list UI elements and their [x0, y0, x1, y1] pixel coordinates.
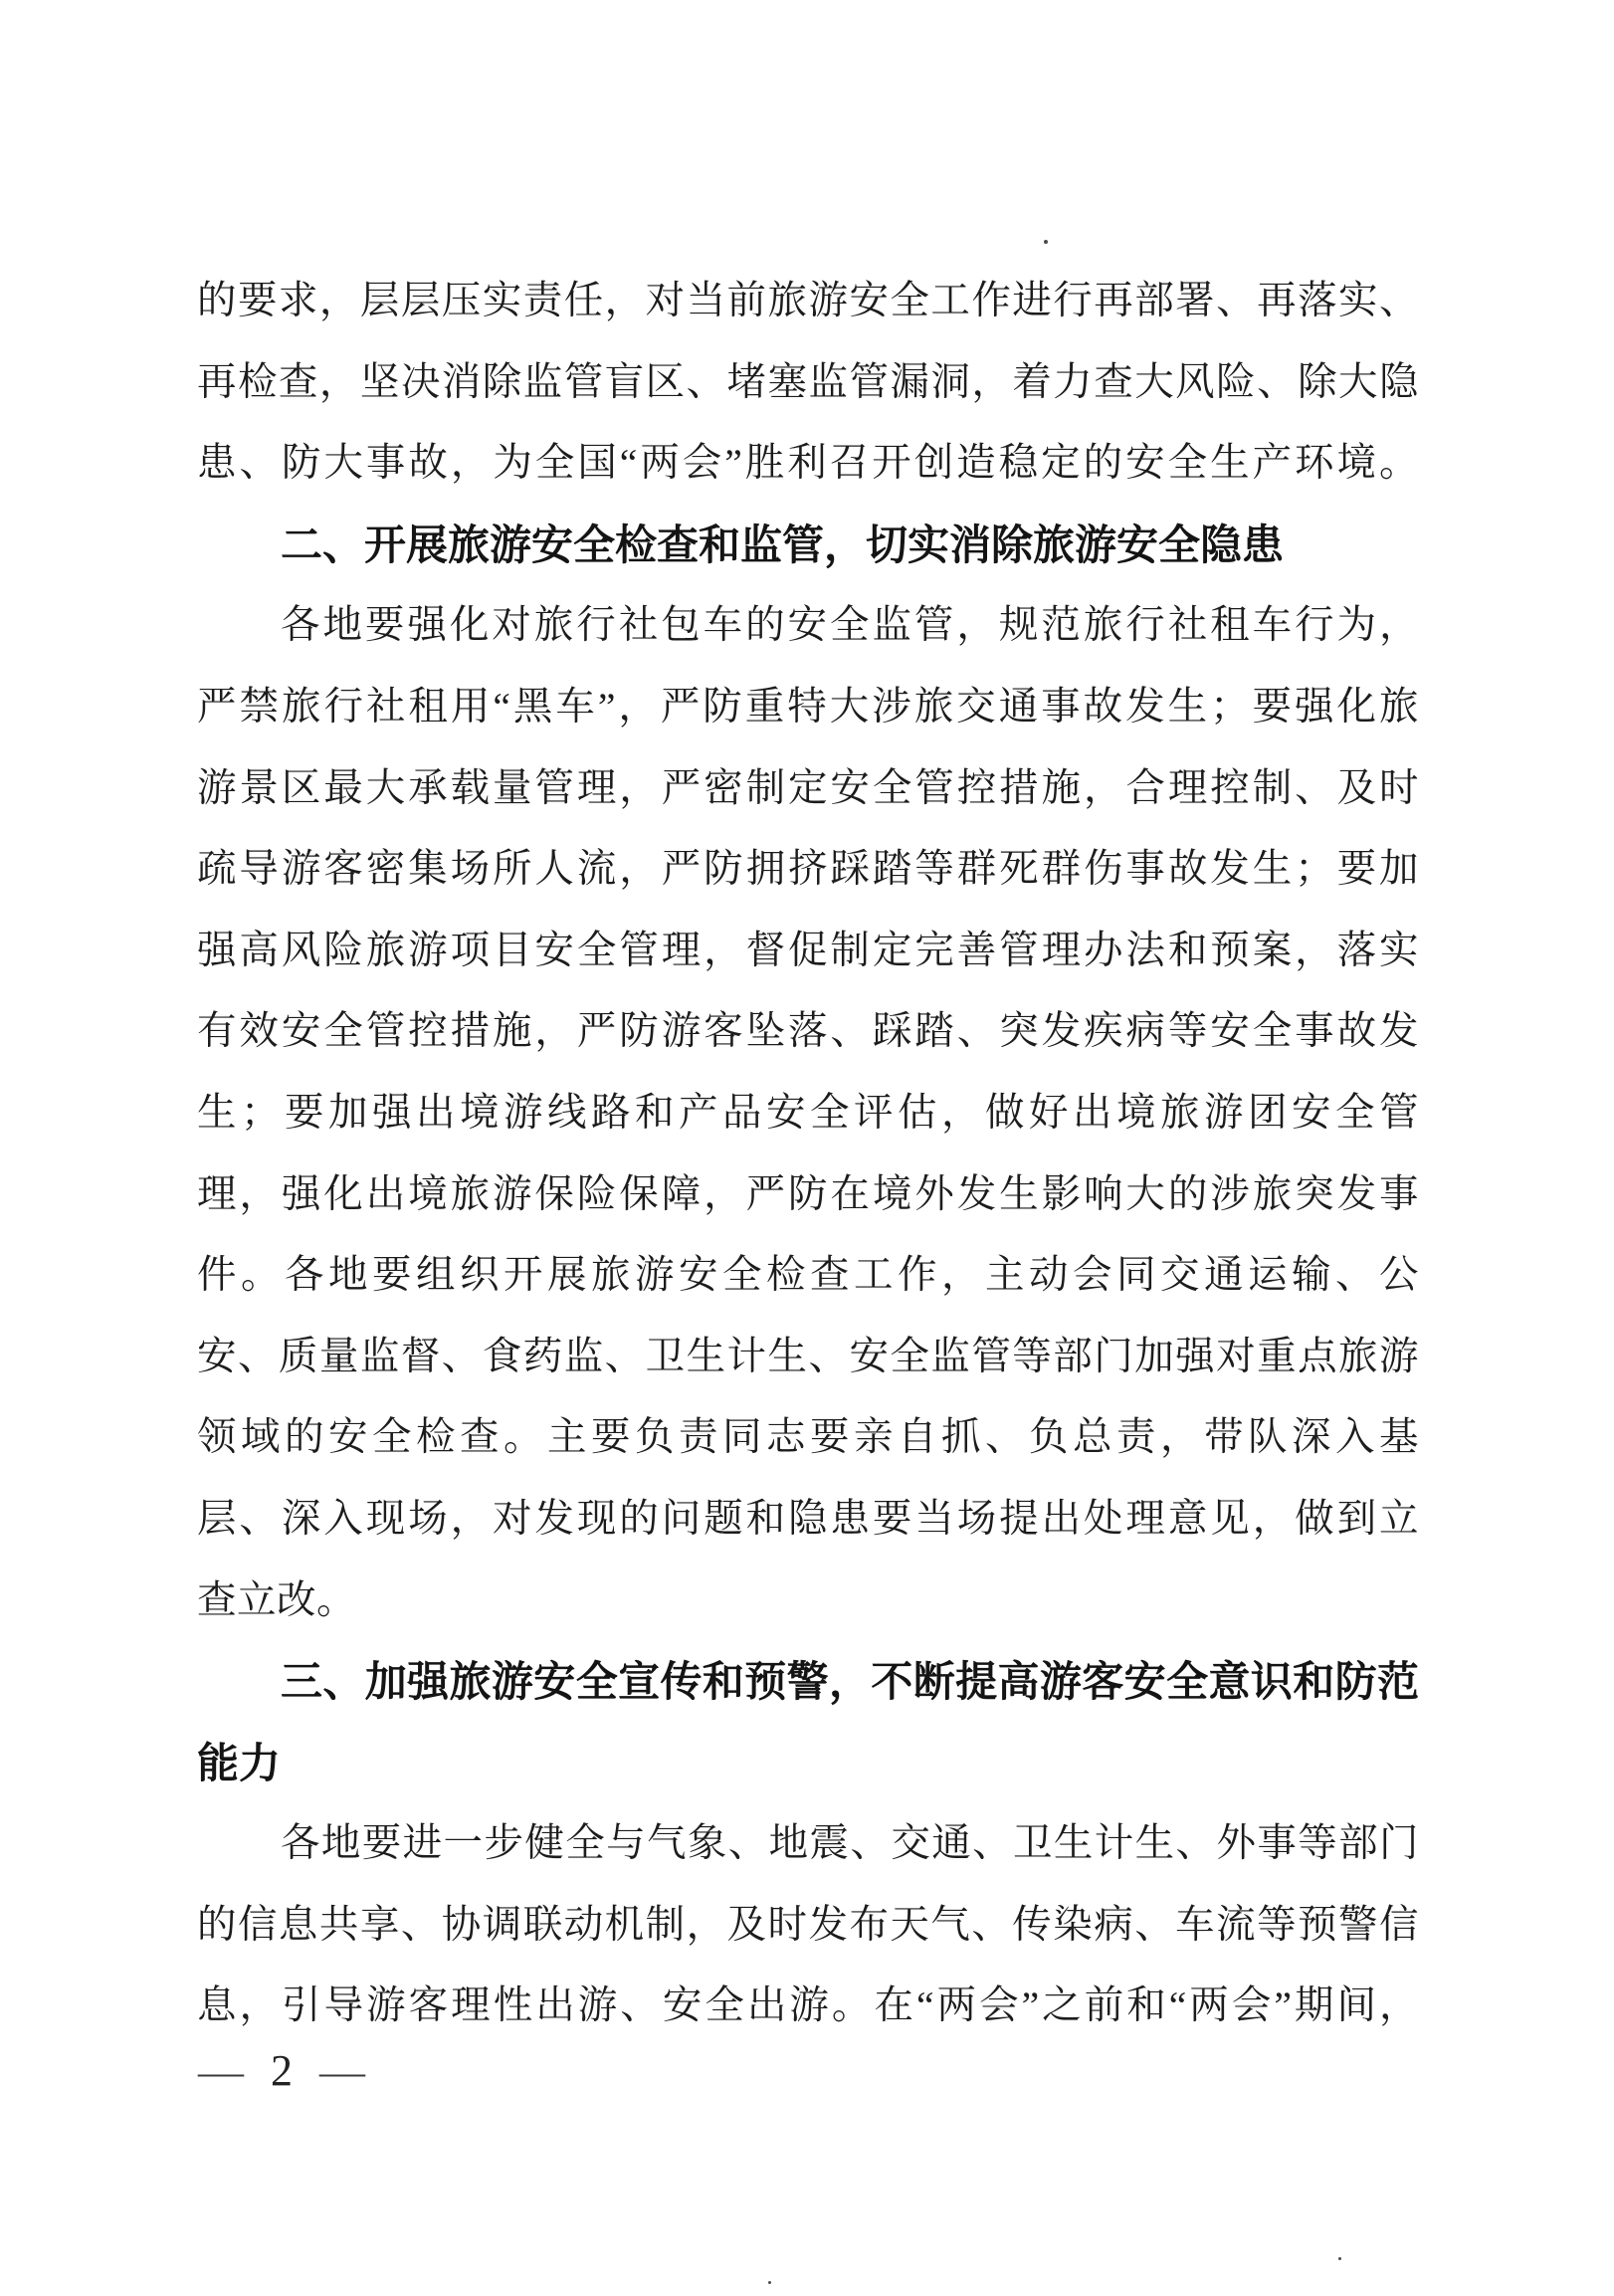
scan-speck — [768, 2281, 771, 2284]
scan-speck — [1044, 240, 1048, 244]
body-text-line: 疏导游客密集场所人流，严防拥挤踩踏等群死群伤事故发生；要加 — [197, 829, 1419, 911]
body-text-line: 领域的安全检查。主要负责同志要亲自抓、负总责，带队深入基 — [197, 1397, 1419, 1479]
body-text-line: 严禁旅行社租用“黑车”，严防重特大涉旅交通事故发生；要强化旅 — [197, 667, 1419, 748]
body-text-line: 层、深入现场，对发现的问题和隐患要当场提出处理意见，做到立 — [197, 1479, 1419, 1561]
body-text-line: 的信息共享、协调联动机制，及时发布天气、传染病、车流等预警信 — [197, 1885, 1419, 1967]
body-text-line: 各地要强化对旅行社包车的安全监管，规范旅行社租车行为， — [197, 585, 1419, 667]
section-heading-line: 三、加强旅游安全宣传和预警，不断提高游客安全意识和防范 — [197, 1641, 1419, 1723]
body-text-line: 查立改。 — [197, 1561, 1419, 1642]
page-number-dash-right: — — [319, 2037, 365, 2107]
text-block: 的要求，层层压实责任，对当前旅游安全工作进行再部署、再落实、再检查，坚决消除监管… — [197, 261, 1419, 2047]
scanned-document-page: 的要求，层层压实责任，对当前旅游安全工作进行再部署、再落实、再检查，坚决消除监管… — [0, 0, 1614, 2296]
body-text-line: 件。各地要组织开展旅游安全检查工作，主动会同交通运输、公 — [197, 1235, 1419, 1317]
body-text-line: 患、防大事故，为全国“两会”胜利召开创造稳定的安全生产环境。 — [197, 423, 1419, 505]
body-text-line: 安、质量监督、食药监、卫生计生、安全监管等部门加强对重点旅游 — [197, 1317, 1419, 1398]
body-text-line: 的要求，层层压实责任，对当前旅游安全工作进行再部署、再落实、 — [197, 261, 1419, 342]
body-text-line: 生；要加强出境游线路和产品安全评估，做好出境旅游团安全管 — [197, 1073, 1419, 1154]
scan-speck — [1338, 2257, 1341, 2260]
body-text-line: 息，引导游客理性出游、安全出游。在“两会”之前和“两会”期间， — [197, 1966, 1419, 2047]
body-text-line: 各地要进一步健全与气象、地震、交通、卫生计生、外事等部门 — [197, 1803, 1419, 1885]
body-text-line: 再检查，坚决消除监管盲区、堵塞监管漏洞，着力查大风险、除大隐 — [197, 342, 1419, 424]
body-text-line: 理，强化出境旅游保险保障，严防在境外发生影响大的涉旅突发事 — [197, 1154, 1419, 1236]
page-number: — 2 — — [201, 2036, 362, 2106]
section-heading-line: 二、开展旅游安全检查和监管，切实消除旅游安全隐患 — [197, 505, 1419, 586]
section-heading-line: 能力 — [197, 1723, 1419, 1804]
body-text-line: 强高风险旅游项目安全管理，督促制定完善管理办法和预案，落实 — [197, 911, 1419, 992]
body-text-line: 有效安全管控措施，严防游客坠落、踩踏、突发疾病等安全事故发 — [197, 991, 1419, 1073]
body-text-line: 游景区最大承载量管理，严密制定安全管控措施，合理控制、及时 — [197, 748, 1419, 830]
page-number-dash-left: — — [198, 2037, 244, 2107]
page-number-value: 2 — [271, 2036, 293, 2106]
